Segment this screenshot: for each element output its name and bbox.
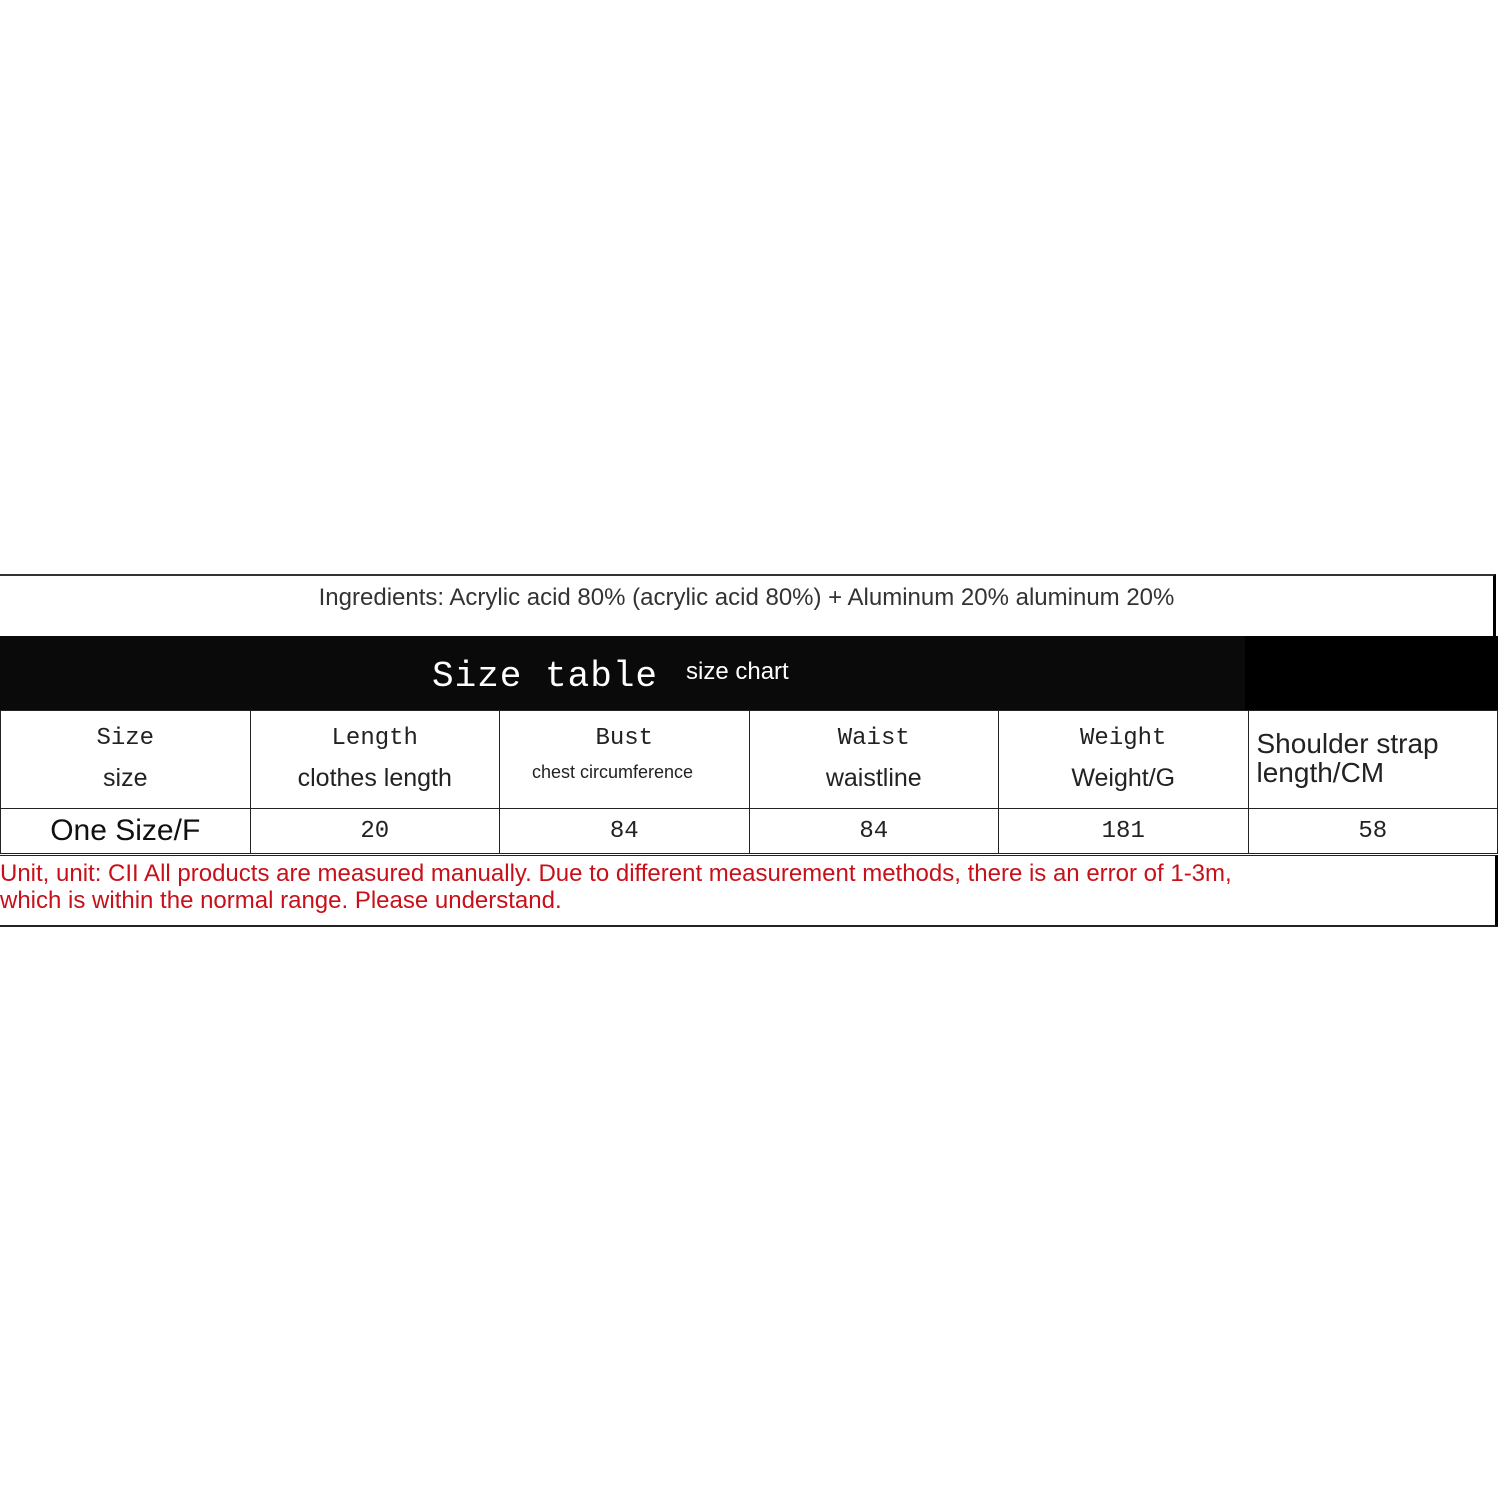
measurement-note-text: Unit, unit: CII All products are measure…: [0, 860, 1260, 914]
size-table-banner: Size table size chart: [0, 636, 1498, 710]
cell-shoulder-strap: 58: [1248, 809, 1498, 854]
table-row: One Size/F 20 84 84 181 58: [1, 809, 1498, 854]
header-weight: Weight Weight/G: [999, 711, 1249, 809]
table-header-row: Size size Length clothes length Bust che…: [1, 711, 1498, 809]
cell-waist: 84: [749, 809, 999, 854]
cell-weight: 181: [999, 809, 1249, 854]
cell-length: 20: [250, 809, 500, 854]
header-length: Length clothes length: [250, 711, 500, 809]
cell-size: One Size/F: [1, 809, 251, 854]
header-waist: Waist waistline: [749, 711, 999, 809]
banner-title: Size table: [432, 656, 658, 697]
measurement-note: Unit, unit: CII All products are measure…: [0, 855, 1498, 927]
ingredients-line: Ingredients: Acrylic acid 80% (acrylic a…: [0, 574, 1496, 636]
size-table: Size size Length clothes length Bust che…: [0, 710, 1498, 854]
header-shoulder-strap: Shoulder strap length/CM: [1248, 711, 1498, 809]
header-bust: Bust chest circumference: [500, 711, 750, 809]
header-size: Size size: [1, 711, 251, 809]
banner-subtitle: size chart: [686, 658, 789, 686]
cell-bust: 84: [500, 809, 750, 854]
